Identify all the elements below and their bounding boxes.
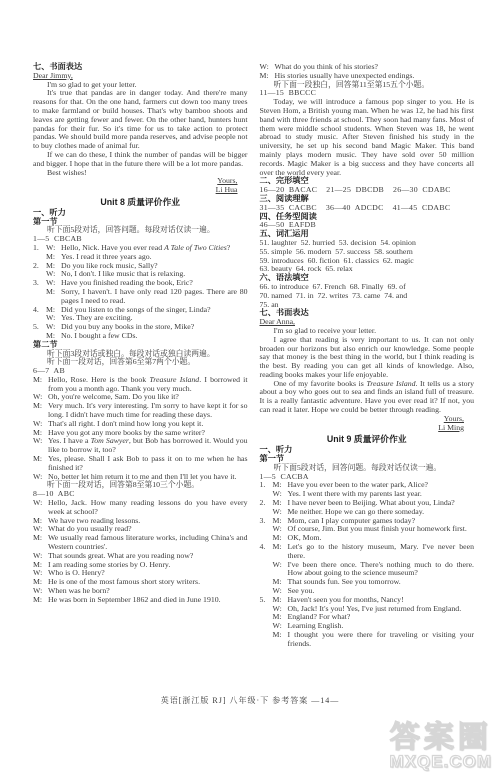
dialog-number [260, 631, 273, 649]
dialog-text: Yes. I have a Tom Sawyer, but Bob has bo… [48, 437, 248, 455]
paragraph: Today, we will introduce a famous pop si… [260, 98, 475, 177]
paragraph: One of my favorite books is Treasure Isl… [260, 380, 475, 415]
dialog-number: 4. [260, 543, 273, 561]
paragraph: Best wishes! [33, 169, 248, 178]
watermark-logo: 答案圈 [390, 723, 492, 753]
dialog-text: Hello, Jack. How many reading lessons do… [48, 499, 248, 517]
dialog-number [33, 288, 46, 306]
section-heading: 一、听力 [260, 446, 475, 455]
book-title: Treasure Island [149, 375, 199, 384]
speaker-label: M: [33, 376, 48, 394]
book-title: A Tale of Two Cities [164, 243, 227, 252]
dialog-number [260, 622, 273, 631]
paragraph: I agree that reading is very important t… [260, 336, 475, 380]
book-title: Treasure Island [366, 379, 415, 388]
dialog-line: M:No. I bought a few CDs. [33, 332, 248, 341]
signature-text: Li Ming [438, 423, 464, 432]
paragraph: It's true that pandas are in danger toda… [33, 89, 248, 151]
speaker-label: M: [33, 455, 48, 473]
dialog-number [260, 605, 273, 614]
dialog-number: 1. [33, 244, 46, 253]
dialog-number: 2. [260, 499, 273, 508]
speaker-label: M: [46, 288, 61, 306]
dialog-number: 2. [33, 262, 46, 271]
speaker-label: M: [273, 543, 288, 561]
dialog-text: I've been there once. There's nothing mu… [288, 561, 475, 579]
speaker-label: W: [33, 473, 48, 482]
dialog-line: W:Hello, Jack. How many reading lessons … [33, 499, 248, 517]
unit-title: Unit 9 质量评价作业 [260, 435, 475, 444]
watermark: 答案圈 MXQE.COM [390, 723, 492, 770]
signature-line: Li Ming [260, 424, 475, 433]
dialog-line: M:Hello, Rose. Here is the book Treasure… [33, 376, 248, 394]
speaker-label: M: [33, 534, 48, 552]
dialog-line: 4.M:Let's go to the history museum, Mary… [260, 543, 475, 561]
answer-key-page-body: 七、书面表达Dear Jimmy,I'm so glad to get your… [33, 63, 474, 649]
right-column: W:What do you think of his stories?M:His… [260, 63, 475, 649]
dialog-text: No. I bought a few CDs. [61, 332, 248, 341]
unit-title: Unit 8 质量评价作业 [33, 198, 248, 207]
speaker-label: W: [33, 437, 48, 455]
dialog-text: Let's go to the history museum, Mary. I'… [288, 543, 475, 561]
dialog-text: He was born in September 1862 and died i… [48, 596, 248, 605]
dialog-number [260, 613, 273, 622]
dialog-number [260, 525, 273, 534]
dialog-line: W:Yes. I have a Tom Sawyer, but Bob has … [33, 437, 248, 455]
book-title: Tom Sawyer [91, 436, 129, 445]
dialog-line: M:He was born in September 1862 and died… [33, 596, 248, 605]
dialog-line: M:We usually read famous literature work… [33, 534, 248, 552]
section-heading: 一、听力 [33, 209, 248, 218]
speaker-label: W: [273, 561, 288, 579]
word-answer-line: 70. named 71. in 72. writes 73. came 74.… [260, 292, 475, 301]
left-column: 七、书面表达Dear Jimmy,I'm so glad to get your… [33, 63, 248, 649]
speaker-label: M: [33, 596, 48, 605]
paragraph: If we can do these, I think the number o… [33, 151, 248, 169]
dialog-number: 3. [260, 517, 273, 526]
speaker-label: M: [33, 402, 48, 420]
paragraph: 听下面一段对话，回答第6至第7两个小题。 [33, 358, 248, 367]
dialog-number: 5. [33, 323, 46, 332]
dialog-text: Yes, please. Shall I ask Bob to pass it … [48, 455, 248, 473]
dialog-line: M:Very much. It's very interesting. I'm … [33, 402, 248, 420]
dialog-text: Sorry, I haven't. I have only read 120 p… [61, 288, 248, 306]
signature-text: Yours, [217, 176, 237, 185]
dialog-text: I thought you were there for traveling o… [288, 631, 475, 649]
dialog-number [260, 578, 273, 587]
signature-text: Li Hua [216, 185, 238, 194]
dialog-text: That sounds fun. See you tomorrow. [288, 578, 475, 587]
dialog-number [260, 561, 273, 579]
dialog-number: 5. [260, 596, 273, 605]
speaker-label: M: [273, 631, 288, 649]
dialog-text: Hello, Rose. Here is the book Treasure I… [48, 376, 248, 394]
page-footer: 英语[浙江版 RJ] 八年级·下 参考答案 —14— [0, 695, 500, 706]
watermark-url: MXQE.COM [390, 753, 492, 770]
dialog-line: M:Yes, please. Shall I ask Bob to pass i… [33, 455, 248, 473]
dialog-number: 3. [33, 279, 46, 288]
dialog-number: 1. [260, 481, 273, 490]
speaker-label: W: [33, 499, 48, 517]
signature-line: Li Hua [33, 186, 248, 195]
dialog-line: M:I thought you were there for traveling… [260, 631, 475, 649]
dialog-text: We usually read famous literature works,… [48, 534, 248, 552]
dialog-line: W:I've been there once. There's nothing … [260, 561, 475, 579]
signature-text: Yours, [444, 414, 464, 423]
speaker-label: M: [260, 72, 275, 81]
dialog-line: M:Sorry, I haven't. I have only read 120… [33, 288, 248, 306]
dialog-number: 4. [33, 306, 46, 315]
dialog-text: Very much. It's very interesting. I'm so… [48, 402, 248, 420]
